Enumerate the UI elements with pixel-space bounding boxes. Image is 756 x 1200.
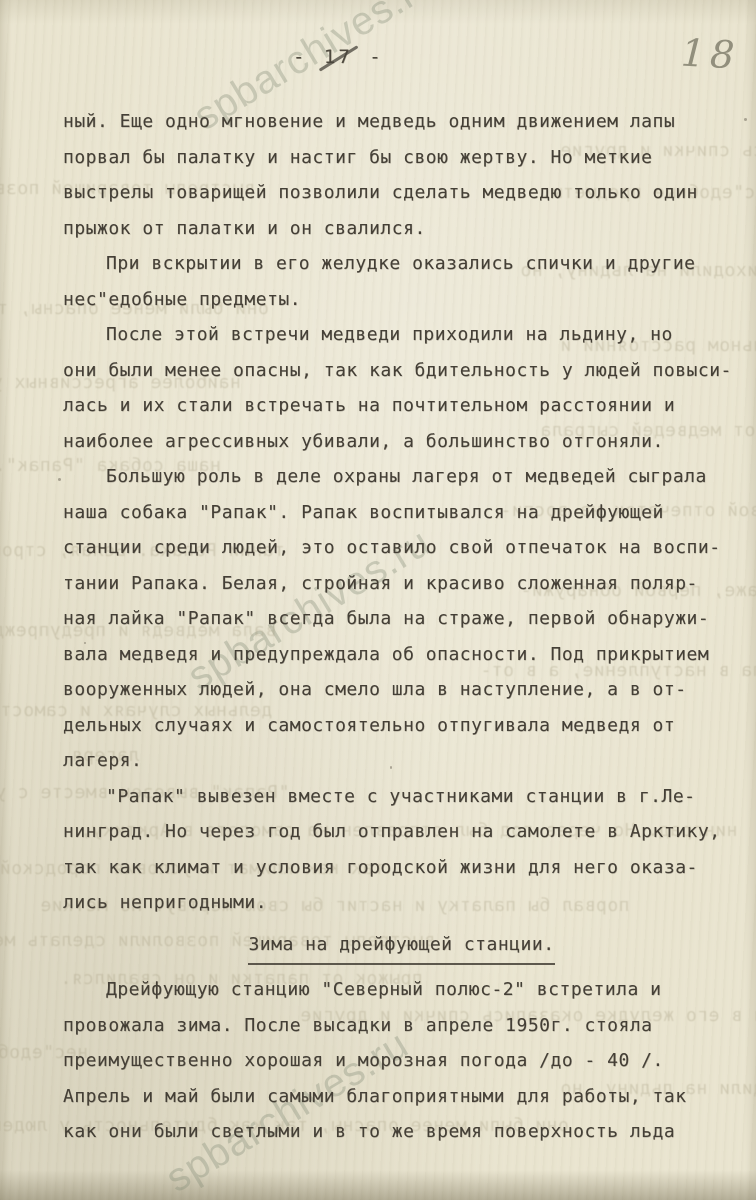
text-line: выстрелы товарищей позволили сделать мед… <box>63 175 740 211</box>
text-line: преимущественно хорошая и морозная погод… <box>63 1043 740 1079</box>
text-line: наиболее агрессивных убивали, а большинс… <box>63 424 740 460</box>
text-line: лась и их стали встречать на почтительно… <box>63 388 740 424</box>
text-line: ная лайка "Рапак" всегда была на страже,… <box>63 601 740 637</box>
text-line: порвал бы палатку и настиг бы свою жертв… <box>63 140 740 176</box>
text-line: дельных случаях и самостоятельно отпугив… <box>63 708 740 744</box>
text-line: нинград. Но через год был отправлен на с… <box>63 814 740 850</box>
text-line: станции среди людей, это оставило свой о… <box>63 530 740 566</box>
text-line: "Рапак" вывезен вместе с участниками ста… <box>63 779 740 815</box>
text-line: Большую роль в деле охраны лагеря от мед… <box>63 459 740 495</box>
text-line: Дрейфующую станцию "Северный полюс-2" вс… <box>63 972 740 1008</box>
text-line: так как климат и условия городской жизни… <box>63 850 740 886</box>
text-line: нес"едобные предметы. <box>63 282 740 318</box>
text-line: провожала зима. После высадки в апреле 1… <box>63 1008 740 1044</box>
paper-speck <box>84 642 86 644</box>
document-page: spbarchives.ru spbarchives.ru spbarchive… <box>0 0 756 1200</box>
text-line: лись непригодными. <box>63 885 740 921</box>
text-line: они были менее опасны, так как бдительно… <box>63 353 740 389</box>
text-line: После этой встречи медведи приходили на … <box>63 317 740 353</box>
text-line: вала медведя и предупреждала об опасност… <box>63 637 740 673</box>
text-line: При вскрытии в его желудке оказались спи… <box>63 246 740 282</box>
text-line: вооруженных людей, она смело шла в насту… <box>63 672 740 708</box>
typed-text-body: ный. Еще одно мгновение и медведь одним … <box>0 0 756 1150</box>
paper-speck <box>390 766 392 769</box>
text-line: лагеря. <box>63 743 740 779</box>
section-heading: Зима на дрейфующей станции. <box>63 927 740 963</box>
paper-speck <box>58 478 61 481</box>
text-line: прыжок от палатки и он свалился. <box>63 211 740 247</box>
text-line: тании Рапака. Белая, стройная и красиво … <box>63 566 740 602</box>
text-line: наша собака "Рапак". Рапак воспитывался … <box>63 495 740 531</box>
text-line: ный. Еще одно мгновение и медведь одним … <box>63 104 740 140</box>
text-line: как они были светлыми и в то же время по… <box>63 1114 740 1150</box>
section-heading-text: Зима на дрейфующей станции. <box>248 927 554 966</box>
paper-speck <box>744 118 747 121</box>
text-line: Апрель и май были самыми благоприятными … <box>63 1079 740 1115</box>
